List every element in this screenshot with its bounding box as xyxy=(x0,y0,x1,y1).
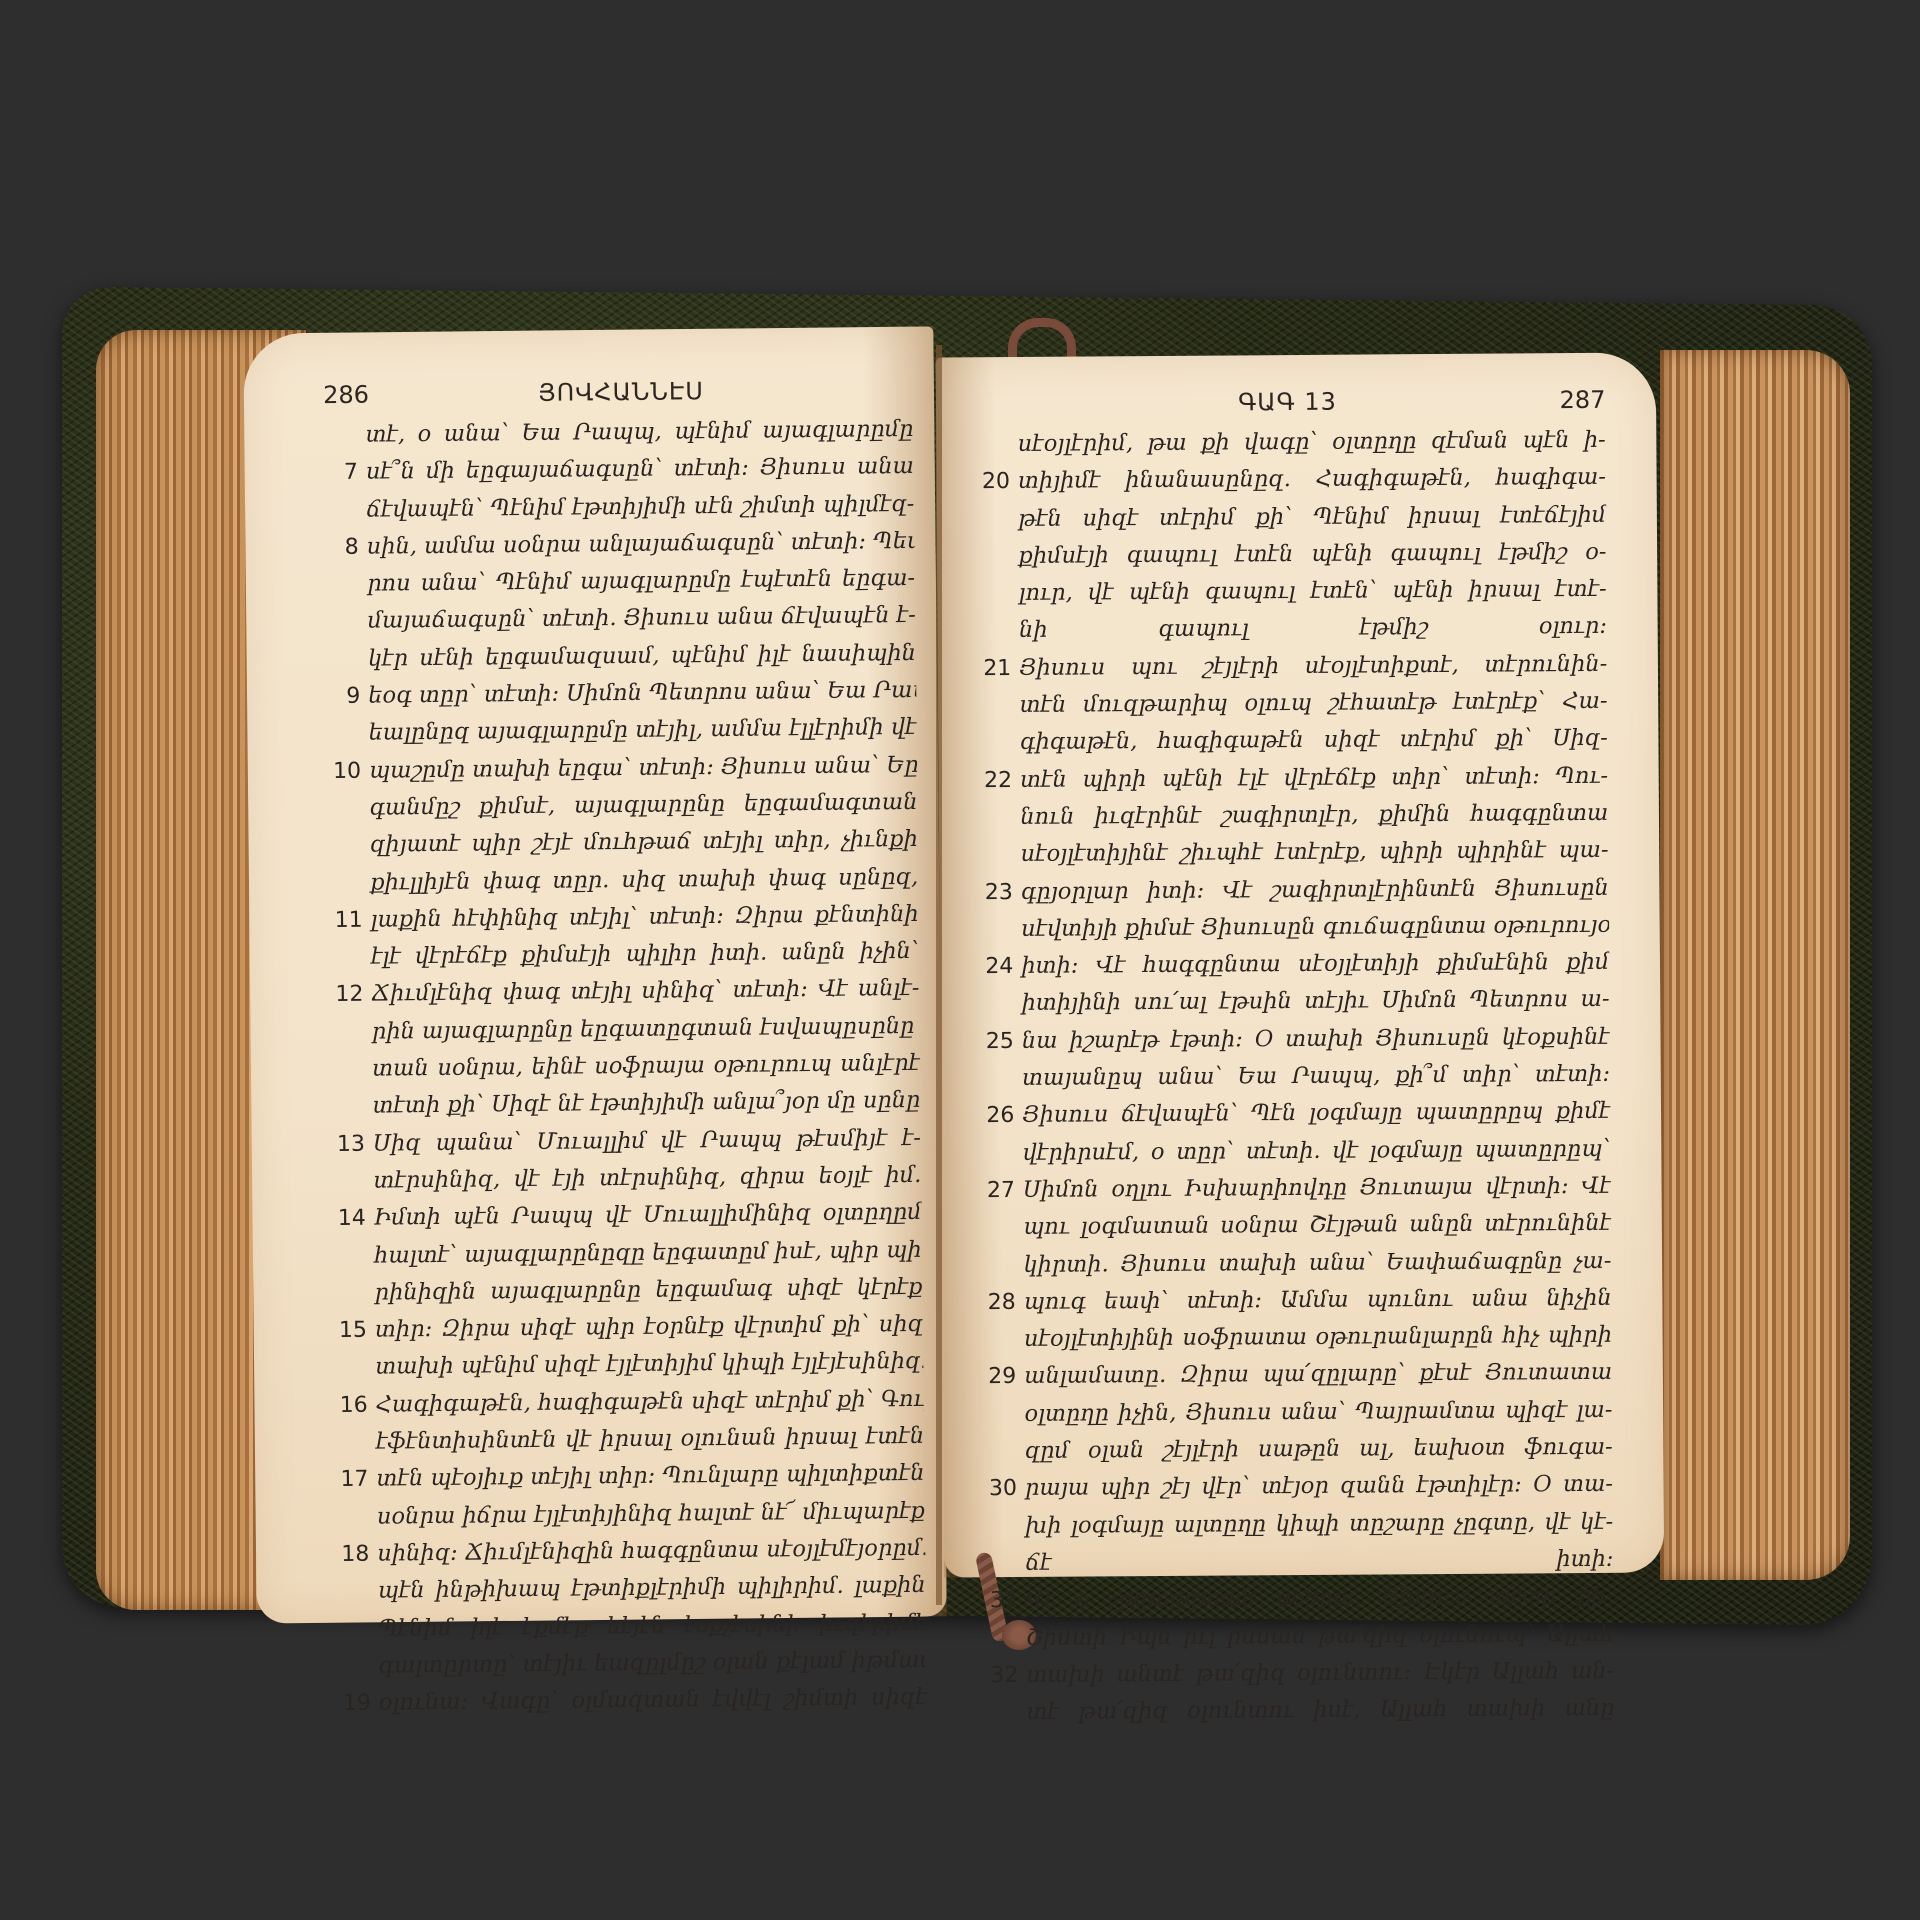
verse-number: 23 xyxy=(979,874,1013,912)
book-photo: 286 ՅՈՎՀԱՆՆԷՍ տէ, օ անա՝ Եա Րապպ, պէնիմ … xyxy=(0,0,1920,1920)
line-text: գանմըշ քիմսէ, այագլարընը եըգամագտան xyxy=(369,784,917,827)
line-text: տէ թա՛զիզ օլունտու իսէ, Ալլահ տախի անը xyxy=(1026,1690,1614,1731)
line-text: Իմտի պէն Րապպ վէ Մուալլիմինիզ օլտըղըմ xyxy=(374,1194,922,1237)
book-gutter xyxy=(936,345,942,1605)
page-number: 286 xyxy=(323,381,369,409)
line-text: օլունա։ Վագը՝ օլմազտան էվվէլ շիմտի սիզէ xyxy=(379,1679,927,1722)
line-text: րայա պիր շէյ վէր՝ տէյօր զանն էթտիլէր։ Օ … xyxy=(1025,1466,1613,1507)
verse-number: 15 xyxy=(333,1312,367,1350)
text-line: տէն մուզթարիպ օլուպ շէհատէթ էտէրէք՝ Հա- xyxy=(977,683,1607,725)
text-line: 20տիյիմէ ինանասընըզ. Հագիգաթէն, հագիգա- xyxy=(976,459,1606,501)
page-number: 287 xyxy=(1559,386,1605,414)
line-text: եալընըզ այագլարըմը տէյիլ, ամմա էլլէրիմի … xyxy=(368,709,916,752)
line-text: պաշըմը տախի եըգա՝ տէտի։ Յիսուս անա՝ Եըգ- xyxy=(369,747,917,790)
text-line: տէտի քի՝ Սիզէ նէ էթտիյիմի անլա՞յօր մը սը… xyxy=(330,1082,920,1125)
line-text: կէր սէնի եըգամազսամ, պէնիմ իլէ նասիպին xyxy=(368,635,916,678)
left-page-header: 286 ՅՈՎՀԱՆՆԷՍ xyxy=(323,375,913,417)
verse-number: 29 xyxy=(982,1358,1016,1396)
verse-number: 8 xyxy=(325,529,359,567)
line-text: տախի անտէ թա՛զիզ օլունտու։ Էկէր Ալլահ ան… xyxy=(1026,1653,1614,1694)
text-line: նի գապուլ էթմիշ օլուր։ xyxy=(977,608,1607,650)
text-line: օլտըղը իչին, Յիսուս անա՝ Պայրամտա պիզէ լ… xyxy=(982,1392,1612,1434)
line-text: մայաճագսըն՝ տէտի. Յիսուս անա ճէվապէն է- xyxy=(367,597,915,640)
line-text: Յիսուս ճէվապէն՝ Պէն լօգմայը պատըրըպ քիմէ xyxy=(1022,1093,1610,1134)
line-text: Ճիւմլէնիզ փագ տէյիլ սինիզ՝ տէտի։ Վէ անլէ… xyxy=(371,970,919,1013)
line-text: ճէվապէն՝ Պէնիմ էթտիյիմի սէն շիմտի պիլմէզ… xyxy=(366,486,914,529)
line-text: տէրսինիզ, վէ էյի տէրսինիզ, զիրա եօյլէ իմ… xyxy=(373,1157,921,1200)
text-line: 24իտի։ Վէ հագգընտա սէօյլէտիյի քիմսէնին ք… xyxy=(979,944,1609,986)
line-text: օլտըղը իչին, Յիսուս անա՝ Պայրամտա պիզէ լ… xyxy=(1024,1392,1612,1433)
line-text: գալտըրտը՝ տէյիւ եազըլմըշ օլան քէլամ իթմա… xyxy=(378,1642,926,1685)
line-text: տէ, օ անա՝ Եա Րապպ, պէնիմ այագլարըմը xyxy=(365,411,913,454)
text-line: 23գըյօրլար իտի։ Վէ շագիրտլէրինտէն Յիսուս… xyxy=(979,869,1609,911)
text-line: 14Իմտի պէն Րապպ վէ Մուալլիմինիզ օլտըղըմ xyxy=(332,1194,922,1237)
text-line: 19օլունա։ Վագը՝ օլմազտան էվվէլ շիմտի սիզ… xyxy=(337,1679,927,1722)
text-line: տայանըպ անա՝ Եա Րապպ, քի՞մ տիր՝ տէտի։ xyxy=(980,1056,1610,1098)
text-line: 25նա իշարէթ էթտի։ Օ տախի Յիսուսըն կէօքսի… xyxy=(980,1019,1610,1061)
line-text: պուգ եափ՝ տէտի։ Ամմա պունու անա նիչին xyxy=(1024,1280,1612,1321)
text-line: 22տէն պիրի պէնի էլէ վէրէճէք տիր՝ տէտի։ Պ… xyxy=(978,757,1608,799)
verse-number: 7 xyxy=(324,454,358,492)
line-text: սէ՞ն մի եըգայաճագսըն՝ տէտի։ Յիսուս անա xyxy=(366,448,914,491)
text-line: խի լօգմայը ալտըղը կիպի տըշարը չըգտը, վէ … xyxy=(983,1503,1613,1545)
text-line: պու լօգմատան սօնրա Շէյթան անըն տէրունինէ xyxy=(981,1205,1611,1247)
text-line: սէօյլէտիյինի սօֆրատա օթուրանլարըն հիչ պի… xyxy=(982,1317,1612,1359)
line-text: քիմսէյի գապուլ էտէն պէնի գապուլ էթմիշ օ- xyxy=(1018,534,1606,575)
line-text: վէրիրսէմ, օ տըր՝ տէտի. վէ լօգմայը պատըրը… xyxy=(1023,1130,1611,1171)
text-line: զիյատէ պիր շէյէ մուհթաճ տէյիլ տիր, չիւնք… xyxy=(328,821,918,864)
line-text: նի գապուլ էթմիշ օլուր։ xyxy=(1019,608,1607,649)
text-line: րինիզին այագլարընը եըգամագ սիզէ կէրէք xyxy=(332,1269,922,1312)
line-text: րինիզին այագլարընը եըգամագ սիզէ կէրէք xyxy=(374,1269,922,1312)
text-line: 17տէն պէօյիւք տէյիլ տիր։ Պունլարը պիլտիք… xyxy=(334,1455,924,1498)
text-line: 18սինիզ։ Ճիւմլէնիզին հագգընտա սէօյլէմէյօ… xyxy=(335,1530,925,1573)
verse-number: 11 xyxy=(328,902,362,940)
line-text: սէօյլէտիյինէ շիւպհէ էտէրէք, պիրի պիրինէ … xyxy=(1020,832,1608,873)
text-line: էլէ վէրէճէք քիմսէյի պիլիր իտի. անըն իչին… xyxy=(329,933,919,976)
line-text: իտիյինի սու՛ալ էթսին տէյիւ Սիմոն Պետրոս … xyxy=(1021,981,1609,1022)
line-text: քիւլլիյէն փագ տըր. սիզ տախի փագ սընըզ, xyxy=(370,858,918,901)
text-line: 28պուգ եափ՝ տէտի։ Ամմա պունու անա նիչին xyxy=(982,1280,1612,1322)
verse-number: 26 xyxy=(980,1097,1014,1135)
text-line: տան սօնրա, եինէ սօֆրայա օթուրուպ անլէրէ xyxy=(330,1045,920,1088)
text-line: 7սէ՞ն մի եըգայաճագսըն՝ տէտի։ Յիսուս անա xyxy=(324,448,914,491)
verse-number: 12 xyxy=(329,976,363,1014)
text-line: 16Հագիգաթէն, հագիգաթէն սիզէ տէրիմ քի՝ Գո… xyxy=(334,1381,924,1424)
verse-number: 25 xyxy=(980,1023,1014,1061)
line-text: Յիսուս պու շէյլէրի սէօյլէտիքտէ, տէրունին… xyxy=(1019,646,1607,687)
text-line: էֆէնտիսինտէն վէ իրսալ օլունան իրսալ էտէն xyxy=(334,1418,924,1461)
line-text: խի լօգմայը ալտըղը կիպի տըշարը չըգտը, վէ … xyxy=(1025,1503,1613,1544)
verse-number: 19 xyxy=(337,1685,371,1723)
line-text: րոս անա՝ Պէնիմ այագլարըմը էպէտէն եըգա- xyxy=(367,560,915,603)
text-line: գիգաթէն, հագիգաթէն սիզէ տէրիմ քի՝ Սիզ- xyxy=(978,720,1608,762)
line-text: տէն պիրի պէնի էլէ վէրէճէք տիր՝ տէտի։ Պու… xyxy=(1020,757,1608,798)
text-line: Շիմտի Իպն իւլ ինսան թա՛զիզ օլունուպ՝ Ալլ… xyxy=(984,1615,1614,1657)
text-line: հալտէ՝ այագլարընըզը եըգատըմ իսէ, պիր պի- xyxy=(332,1231,922,1274)
verse-number: 21 xyxy=(977,650,1011,688)
right-page-text: ԳԱԳ 13 287 սէօյլէրիմ, թա քի վագը՝ օլտըղը… xyxy=(975,386,1614,1732)
line-text: թէն սիզէ տէրիմ քի՝ Պէնիմ իրսալ էտէճէյիմ xyxy=(1018,496,1606,537)
page-edges-right xyxy=(1660,350,1850,1580)
line-text: Վէ օ չըգտըգտան սօնրա, Յիսուս տէտի քի՝ xyxy=(1026,1578,1614,1619)
line-text: զըմ օլան շէյլէրի սաթըն ալ, եախօտ ֆուգա- xyxy=(1025,1429,1613,1470)
line-text: լուր, վէ պէնի գապուլ էտէն՝ պէնի իրսալ էտ… xyxy=(1019,571,1607,612)
verse-number: 10 xyxy=(327,752,361,790)
line-text: տայանըպ անա՝ Եա Րապպ, քի՞մ տիր՝ տէտի։ xyxy=(1022,1056,1610,1097)
text-line: 31Վէ օ չըգտըգտան սօնրա, Յիսուս տէտի քի՝ xyxy=(984,1578,1614,1620)
text-line: սէվտիյի քիմսէ Յիսուսըն գուճագընտա օթուրո… xyxy=(979,907,1609,949)
line-text: պու լօգմատան սօնրա Շէյթան անըն տէրունինէ xyxy=(1023,1205,1611,1246)
line-text: պէն ինթիխապ էթտիքլէրիմի պիլիրիմ. լաքին xyxy=(377,1567,925,1610)
text-line: գալտըրտը՝ տէյիւ եազըլմըշ օլան քէլամ իթմա… xyxy=(336,1642,926,1685)
text-line: տէ թա՛զիզ օլունտու իսէ, Ալլահ տախի անը xyxy=(984,1690,1614,1732)
line-text: եօգ տըր՝ տէտի։ Սիմոն Պետրոս անա՝ Եա Րապպ… xyxy=(368,672,916,715)
verse-number: 17 xyxy=(334,1461,368,1499)
verse-number: 32 xyxy=(984,1657,1018,1695)
line-text: տիր։ Զիրա սիզէ պիր էօրնէք վէրտիմ քի՝ սիզ xyxy=(375,1306,923,1349)
line-text: Շիմտի Իպն իւլ ինսան թա՛զիզ օլունուպ՝ Ալլ… xyxy=(1026,1615,1614,1656)
line-text: Պէնիմ իլէ էքմէք եէյէն էօքչէսինի իւզէրիմէ xyxy=(378,1604,926,1647)
text-line: 15տիր։ Զիրա սիզէ պիր էօրնէք վէրտիմ քի՝ ս… xyxy=(333,1306,923,1349)
right-page-header: ԳԱԳ 13 287 xyxy=(975,386,1605,426)
text-line: տէ, օ անա՝ Եա Րապպ, պէնիմ այագլարըմը xyxy=(323,411,913,454)
text-line: 32տախի անտէ թա՛զիզ օլունտու։ Էկէր Ալլահ … xyxy=(984,1653,1614,1695)
text-line: լուր, վէ պէնի գապուլ էտէն՝ պէնի իրսալ էտ… xyxy=(977,571,1607,613)
text-line: ճէ իտի։ xyxy=(983,1541,1613,1583)
line-text: սօնրա իճրա էյլէտիյինիզ հալտէ նէ՜ միւպարէ… xyxy=(377,1492,925,1535)
text-line: 21Յիսուս պու շէյլէրի սէօյլէտիքտէ, տէրուն… xyxy=(977,646,1607,688)
line-text: նա իշարէթ էթտի։ Օ տախի Յիսուսըն կէօքսինէ xyxy=(1022,1019,1610,1060)
text-line: 30րայա պիր շէյ վէր՝ տէյօր զանն էթտիլէր։ … xyxy=(983,1466,1613,1508)
text-line: 11լաքին հէփինիզ տէյիլ՝ տէտի։ Զիրա քէնտին… xyxy=(328,896,918,939)
line-text: հալտէ՝ այագլարընըզը եըգատըմ իսէ, պիր պի- xyxy=(374,1231,922,1274)
text-line: 27Սիմոն օղլու Իսխարիովդը Յուտայա վէրտի։ … xyxy=(981,1168,1611,1210)
line-text: էֆէնտիսինտէն վէ իրսալ օլունան իրսալ էտէն xyxy=(376,1418,924,1461)
text-line: վէրիրսէմ, օ տըր՝ տէտի. վէ լօգմայը պատըրը… xyxy=(981,1130,1611,1172)
verse-number: 24 xyxy=(979,948,1013,986)
line-text: սէօյլէտիյինի սօֆրատա օթուրանլարըն հիչ պի… xyxy=(1024,1317,1612,1358)
line-text: Սիզ պանա՝ Մուալլիմ վէ Րապպ թէսմիյէ է- xyxy=(373,1120,921,1163)
line-text: տէն պէօյիւք տէյիլ տիր։ Պունլարը պիլտիքտէ… xyxy=(376,1455,924,1498)
line-text: նուն իւզէրինէ շագիրտլէր, քիմին հագգընտա xyxy=(1020,795,1608,836)
text-line: պէն ինթիխապ էթտիքլէրիմի պիլիրիմ. լաքին xyxy=(335,1567,925,1610)
line-text: գիգաթէն, հագիգաթէն սիզէ տէրիմ քի՝ Սիզ- xyxy=(1020,720,1608,761)
text-line: րին այագլարընը եըգատըգտան էսվապըսընը ալը… xyxy=(330,1008,920,1051)
line-text: լաքին հէփինիզ տէյիլ՝ տէտի։ Զիրա քէնտինի xyxy=(370,896,918,939)
line-text: սէվտիյի քիմսէ Յիսուսըն գուճագընտա օթուրո… xyxy=(1021,907,1609,948)
line-text: րին այագլարընը եըգատըգտան էսվապըսընը ալը… xyxy=(372,1008,920,1051)
text-line: րոս անա՝ Պէնիմ այագլարըմը էպէտէն եըգա- xyxy=(325,560,915,603)
line-text: իտի։ Վէ հագգընտա սէօյլէտիյի քիմսէնին քիմ xyxy=(1021,944,1609,985)
left-page-lines: տէ, օ անա՝ Եա Րապպ, պէնիմ այագլարըմը7սէ՞… xyxy=(323,411,927,1722)
text-line: մայաճագսըն՝ տէտի. Յիսուս անա ճէվապէն է- xyxy=(325,597,915,640)
text-line: 8սին, ամմա սօնրա անլայաճագսըն՝ տէտի։ Պետ… xyxy=(325,523,915,566)
line-text: կիրտի. Յիսուս տախի անա՝ Եափաճագընը չա- xyxy=(1023,1242,1611,1283)
line-text: տէտի քի՝ Սիզէ նէ էթտիյիմի անլա՞յօր մը սը… xyxy=(372,1082,920,1125)
text-line: գանմըշ քիմսէ, այագլարընը եըգամագտան xyxy=(327,784,917,827)
text-line: նուն իւզէրինէ շագիրտլէր, քիմին հագգընտա xyxy=(978,795,1608,837)
verse-number: 20 xyxy=(976,463,1010,501)
text-line: Պէնիմ իլէ էքմէք եէյէն էօքչէսինի իւզէրիմէ xyxy=(336,1604,926,1647)
right-page-lines: սէօյլէրիմ, թա քի վագը՝ օլտըղը զէման պէն … xyxy=(976,422,1615,1732)
left-page-text: 286 ՅՈՎՀԱՆՆԷՍ տէ, օ անա՝ Եա Րապպ, պէնիմ … xyxy=(323,375,927,1722)
line-text: սին, ամմա սօնրա անլայաճագսըն՝ տէտի։ Պետ- xyxy=(367,523,915,566)
line-text: սէօյլէրիմ, թա քի վագը՝ օլտըղը զէման պէն … xyxy=(1018,422,1606,463)
line-text: տիյիմէ ինանասընըզ. Հագիգաթէն, հագիգա- xyxy=(1018,459,1606,500)
line-text: տէն մուզթարիպ օլուպ շէհատէթ էտէրէք՝ Հա- xyxy=(1019,683,1607,724)
text-line: տէրսինիզ, վէ էյի տէրսինիզ, զիրա եօյլէ իմ… xyxy=(331,1157,921,1200)
text-line: 10պաշըմը տախի եըգա՝ տէտի։ Յիսուս անա՝ Եը… xyxy=(327,747,917,790)
line-text: Սիմոն օղլու Իսխարիովդը Յուտայա վէրտի։ Վէ xyxy=(1023,1168,1611,1209)
text-line: եալընըզ այագլարըմը տէյիլ, ամմա էլլէրիմի … xyxy=(326,709,916,752)
text-line: սօնրա իճրա էյլէտիյինիզ հալտէ նէ՜ միւպարէ… xyxy=(335,1492,925,1535)
line-text: տախի պէնիմ սիզէ էյլէտիյիմ կիպի էյլէյէսին… xyxy=(375,1343,923,1386)
verse-number: 18 xyxy=(335,1536,369,1574)
verse-number: 16 xyxy=(334,1386,368,1424)
text-line: զըմ օլան շէյլէրի սաթըն ալ, եախօտ ֆուգա- xyxy=(983,1429,1613,1471)
text-line: 13Սիզ պանա՝ Մուալլիմ վէ Րապպ թէսմիյէ է- xyxy=(331,1120,921,1163)
line-text: էլէ վէրէճէք քիմսէյի պիլիր իտի. անըն իչին… xyxy=(371,933,919,976)
verse-number: 13 xyxy=(331,1125,365,1163)
running-head: ԳԱԳ 13 xyxy=(1238,388,1337,417)
line-text: ճէ իտի։ xyxy=(1025,1541,1613,1582)
verse-number: 28 xyxy=(982,1284,1016,1322)
text-line: տախի պէնիմ սիզէ էյլէտիյիմ կիպի էյլէյէսին… xyxy=(333,1343,923,1386)
text-line: քիմսէյի գապուլ էտէն պէնի գապուլ էթմիշ օ- xyxy=(976,534,1606,576)
verse-number: 31 xyxy=(984,1582,1018,1620)
line-text: Հագիգաթէն, հագիգաթէն սիզէ տէրիմ քի՝ Գուլ xyxy=(376,1381,924,1424)
text-line: սէօյլէտիյինէ շիւպհէ էտէրէք, պիրի պիրինէ … xyxy=(978,832,1608,874)
line-text: անլամատը. Զիրա պա՛զըլարը՝ քէսէ Յուտատա xyxy=(1024,1354,1612,1395)
text-line: ճէվապէն՝ Պէնիմ էթտիյիմի սէն շիմտի պիլմէզ… xyxy=(324,486,914,529)
running-head: ՅՈՎՀԱՆՆԷՍ xyxy=(538,377,704,407)
text-line: իտիյինի սու՛ալ էթսին տէյիւ Սիմոն Պետրոս … xyxy=(979,981,1609,1023)
text-line: 9եօգ տըր՝ տէտի։ Սիմոն Պետրոս անա՝ Եա Րապ… xyxy=(326,672,916,715)
verse-number: 14 xyxy=(332,1200,366,1238)
text-line: 29անլամատը. Զիրա պա՛զըլարը՝ քէսէ Յուտատա xyxy=(982,1354,1612,1396)
verse-number: 27 xyxy=(981,1172,1015,1210)
text-line: սէօյլէրիմ, թա քի վագը՝ օլտըղը զէման պէն … xyxy=(976,422,1606,464)
verse-number: 30 xyxy=(983,1470,1017,1508)
line-text: գըյօրլար իտի։ Վէ շագիրտլէրինտէն Յիսուսըն xyxy=(1021,869,1609,910)
text-line: կիրտի. Յիսուս տախի անա՝ Եափաճագընը չա- xyxy=(981,1242,1611,1284)
text-line: քիւլլիյէն փագ տըր. սիզ տախի փագ սընըզ, xyxy=(328,858,918,901)
text-line: 26Յիսուս ճէվապէն՝ Պէն լօգմայը պատըրըպ քի… xyxy=(980,1093,1610,1135)
verse-number: 9 xyxy=(326,678,360,716)
text-line: 12Ճիւմլէնիզ փագ տէյիլ սինիզ՝ տէտի։ Վէ ան… xyxy=(329,970,919,1013)
text-line: թէն սիզէ տէրիմ քի՝ Պէնիմ իրսալ էտէճէյիմ xyxy=(976,496,1606,538)
line-text: սինիզ։ Ճիւմլէնիզին հագգընտա սէօյլէմէյօրը… xyxy=(377,1530,925,1573)
line-text: տան սօնրա, եինէ սօֆրայա օթուրուպ անլէրէ xyxy=(372,1045,920,1088)
verse-number: 22 xyxy=(978,762,1012,800)
line-text: զիյատէ պիր շէյէ մուհթաճ տէյիլ տիր, չիւնք… xyxy=(370,821,918,864)
text-line: կէր սէնի եըգամազսամ, պէնիմ իլէ նասիպին xyxy=(326,635,916,678)
